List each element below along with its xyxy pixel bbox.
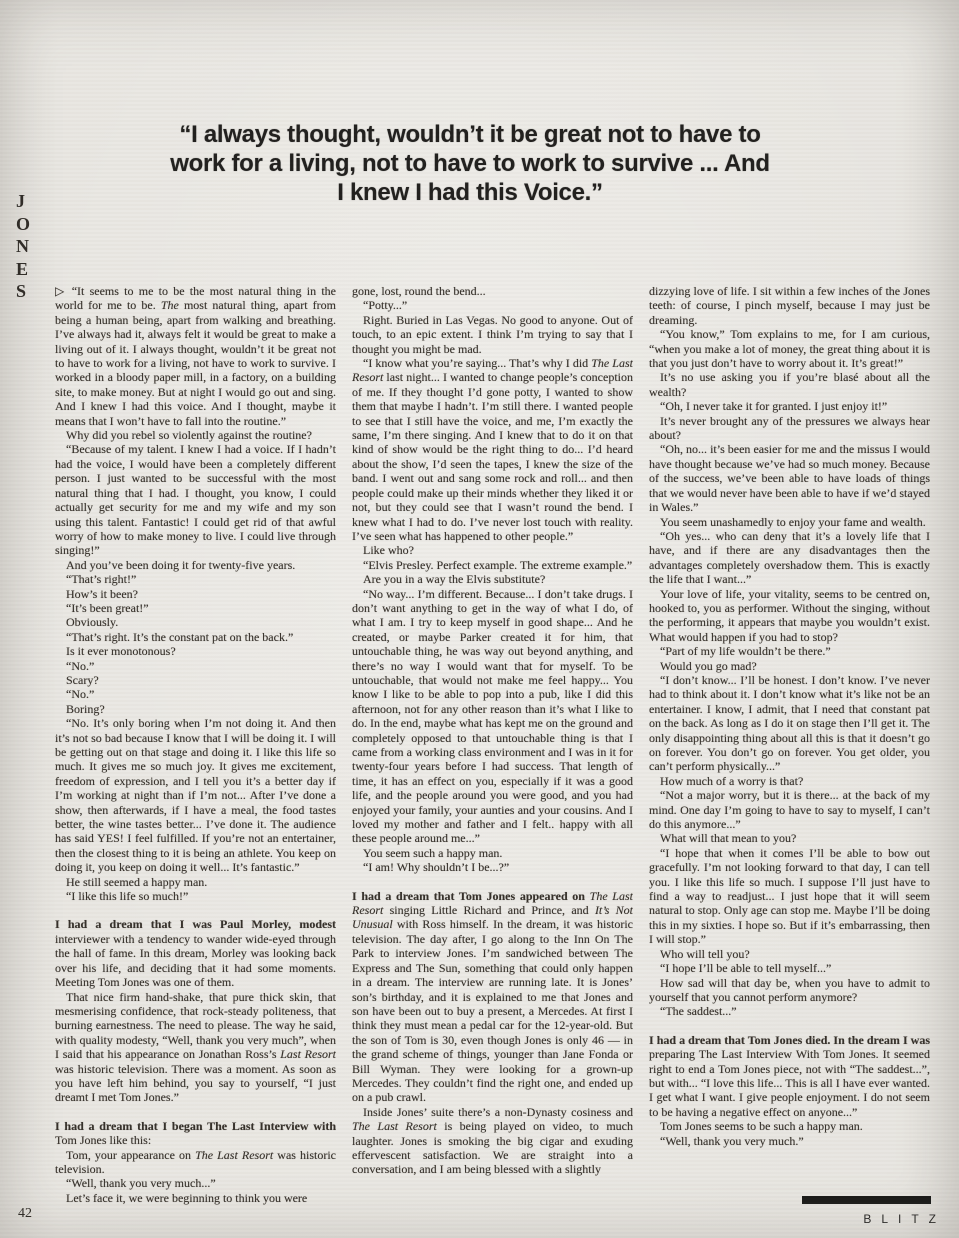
spine-letter: N: [16, 235, 30, 258]
spine-letter: O: [16, 213, 30, 236]
paragraph: He still seemed a happy man.: [55, 875, 336, 889]
paragraph: “I hope I’ll be able to tell myself...”: [649, 961, 930, 975]
section-lead-paragraph: I had a dream that Tom Jones appeared on…: [352, 889, 633, 1105]
paragraph: Tom Jones seems to be such a happy man.: [649, 1119, 930, 1133]
paragraph: How’s it been?: [55, 587, 336, 601]
paragraph: “No. It’s only boring when I’m not doing…: [55, 716, 336, 874]
paragraph: You seem unashamedly to enjoy your fame …: [649, 515, 930, 529]
article-body: ▷ “It seems to me to be the most natural…: [55, 284, 930, 1212]
paragraph: How much of a worry is that?: [649, 774, 930, 788]
paragraph: “Oh yes... who can deny that it’s a love…: [649, 529, 930, 587]
paragraph: It’s never brought any of the pressures …: [649, 414, 930, 443]
paragraph: Would you go mad?: [649, 659, 930, 673]
paragraph: Why did you rebel so violently against t…: [55, 428, 336, 442]
section-lead-paragraph: I had a dream that Tom Jones died. In th…: [649, 1033, 930, 1119]
paragraph: “No way... I’m different. Because... I d…: [352, 587, 633, 846]
paragraph: “The saddest...”: [649, 1004, 930, 1018]
spine-letter: E: [16, 258, 30, 281]
section-lead-paragraph: I had a dream that I was Paul Morley, mo…: [55, 917, 336, 989]
article-column-2: gone, lost, round the bend...“Potty...”R…: [352, 284, 633, 1212]
paragraph: You seem such a happy man.: [352, 846, 633, 860]
paragraph: “Potty...”: [352, 298, 633, 312]
blitz-logo: BLITZ: [863, 1212, 946, 1226]
paragraph: Tom, your appearance on The Last Resort …: [55, 1148, 336, 1177]
paragraph: “No.”: [55, 687, 336, 701]
paragraph: dizzying love of life. I sit within a fe…: [649, 284, 930, 327]
paragraph: “It’s been great!”: [55, 601, 336, 615]
pull-quote-line: work for a living, not to have to work t…: [130, 149, 810, 178]
paragraph: “Not a major worry, but it is there... a…: [649, 788, 930, 831]
paragraph: “Oh, no... it’s been easier for me and t…: [649, 442, 930, 514]
article-column-1: ▷ “It seems to me to be the most natural…: [55, 284, 336, 1212]
vertical-title-jones: J O N E S: [16, 190, 30, 303]
paragraph: “I am! Why shouldn’t I be...?”: [352, 860, 633, 874]
paragraph: Obviously.: [55, 615, 336, 629]
paragraph: “That’s right!”: [55, 572, 336, 586]
pull-quote-line: “I always thought, wouldn’t it be great …: [130, 120, 810, 149]
paragraph: What will that mean to you?: [649, 831, 930, 845]
pull-quote: “I always thought, wouldn’t it be great …: [130, 120, 810, 207]
paragraph: “Part of my life wouldn’t be there.”: [649, 644, 930, 658]
paragraph: gone, lost, round the bend...: [352, 284, 633, 298]
paragraph: “Well, thank you very much.”: [649, 1134, 930, 1148]
paragraph: “That’s right. It’s the constant pat on …: [55, 630, 336, 644]
paragraph: Inside Jones’ suite there’s a non-Dynast…: [352, 1105, 633, 1177]
paragraph: Like who?: [352, 543, 633, 557]
page-number: 42: [18, 1206, 32, 1222]
paragraph: “No.”: [55, 659, 336, 673]
paragraph: And you’ve been doing it for twenty-five…: [55, 558, 336, 572]
paragraph: “Oh, I never take it for granted. I just…: [649, 399, 930, 413]
footer-rule: [802, 1196, 931, 1204]
paragraph: “Elvis Presley. Perfect example. The ext…: [352, 558, 633, 572]
paragraph: “I like this life so much!”: [55, 889, 336, 903]
spine-letter: S: [16, 280, 30, 303]
spine-letter: J: [16, 190, 30, 213]
pull-quote-line: I knew I had this Voice.”: [130, 178, 810, 207]
paragraph: “Because of my talent. I knew I had a vo…: [55, 442, 336, 557]
paragraph: Right. Buried in Las Vegas. No good to a…: [352, 313, 633, 356]
paragraph: “I don’t know... I’ll be honest. I don’t…: [649, 673, 930, 774]
paragraph: Is it ever monotonous?: [55, 644, 336, 658]
paragraph: ▷ “It seems to me to be the most natural…: [55, 284, 336, 428]
paragraph: “I hope that when it comes I’ll be able …: [649, 846, 930, 947]
paragraph: Boring?: [55, 702, 336, 716]
paragraph: “You know,” Tom explains to me, for I am…: [649, 327, 930, 370]
paragraph: Let’s face it, we were beginning to thin…: [55, 1191, 336, 1205]
magazine-page: “I always thought, wouldn’t it be great …: [0, 0, 959, 1238]
paragraph: Who will tell you?: [649, 947, 930, 961]
paragraph: “I know what you’re saying... That’s why…: [352, 356, 633, 543]
article-column-3: dizzying love of life. I sit within a fe…: [649, 284, 930, 1212]
paragraph: How sad will that day be, when you have …: [649, 976, 930, 1005]
section-lead-paragraph: I had a dream that I began The Last Inte…: [55, 1119, 336, 1148]
paragraph: Scary?: [55, 673, 336, 687]
paragraph: “Well, thank you very much...”: [55, 1176, 336, 1190]
paragraph: It’s no use asking you if you’re blasé a…: [649, 370, 930, 399]
paragraph: That nice firm hand-shake, that pure thi…: [55, 990, 336, 1105]
paragraph: Your love of life, your vitality, seems …: [649, 587, 930, 645]
paragraph: Are you in a way the Elvis substitute?: [352, 572, 633, 586]
